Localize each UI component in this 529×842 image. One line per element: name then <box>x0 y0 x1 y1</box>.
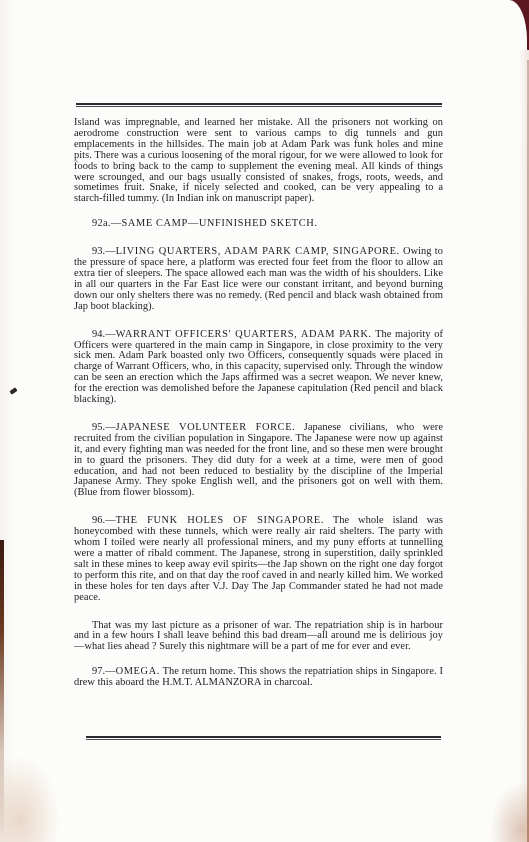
entry-96: 96.—THE FUNK HOLES OF SINGAPORE. The who… <box>74 516 443 603</box>
dash: — <box>105 515 115 526</box>
entry-title: SAME CAMP—UNFINISHED SKETCH. <box>122 218 318 229</box>
entry-number: 92a. <box>92 218 111 229</box>
top-rule <box>76 103 442 105</box>
entry-number: 94. <box>92 329 105 340</box>
entry-title: THE FUNK HOLES OF SINGAPORE. <box>116 515 324 526</box>
page-edge-stain <box>0 540 4 840</box>
entry-97: 97.—OMEGA. The return home. This shows t… <box>74 667 443 689</box>
entry-number: 96. <box>92 515 105 526</box>
text-column: Island was impregnable, and learned her … <box>74 118 443 689</box>
ink-blot <box>9 387 17 394</box>
entry-number: 95. <box>92 422 105 433</box>
dash: — <box>105 246 115 257</box>
entry-title: LIVING QUARTERS, ADAM PARK CAMP, SINGAPO… <box>116 246 400 257</box>
closing-paragraph: That was my last picture as a prisoner o… <box>74 621 443 654</box>
entry-95: 95.—JAPANESE VOLUNTEER FORCE. Japanese c… <box>74 423 443 499</box>
entry-number: 93. <box>92 246 105 257</box>
entry-93: 93.—LIVING QUARTERS, ADAM PARK CAMP, SIN… <box>74 247 443 312</box>
entry-number: 97. <box>92 666 105 677</box>
dash: — <box>105 422 115 433</box>
entry-94: 94.—WARRANT OFFICERS' QUARTERS, ADAM PAR… <box>74 330 443 406</box>
dash: — <box>105 666 115 677</box>
entry-body: The majority of Officers were quartered … <box>74 329 443 405</box>
opening-paragraph: Island was impregnable, and learned her … <box>74 118 443 205</box>
book-page: Island was impregnable, and learned her … <box>0 0 529 842</box>
bottom-rule <box>86 736 441 738</box>
dash: — <box>111 218 122 229</box>
entry-body: Japanese civilians, who were recruited f… <box>74 422 443 498</box>
entry-92a: 92a.—SAME CAMP—UNFINISHED SKETCH. <box>74 219 443 230</box>
dash: — <box>105 329 115 340</box>
entry-title: WARRANT OFFICERS' QUARTERS, ADAM PARK. <box>116 329 372 340</box>
entry-body: The whole island was honeycombed with th… <box>74 515 443 602</box>
entry-title: JAPANESE VOLUNTEER FORCE. <box>116 422 296 433</box>
entry-title: OMEGA. <box>116 666 160 677</box>
